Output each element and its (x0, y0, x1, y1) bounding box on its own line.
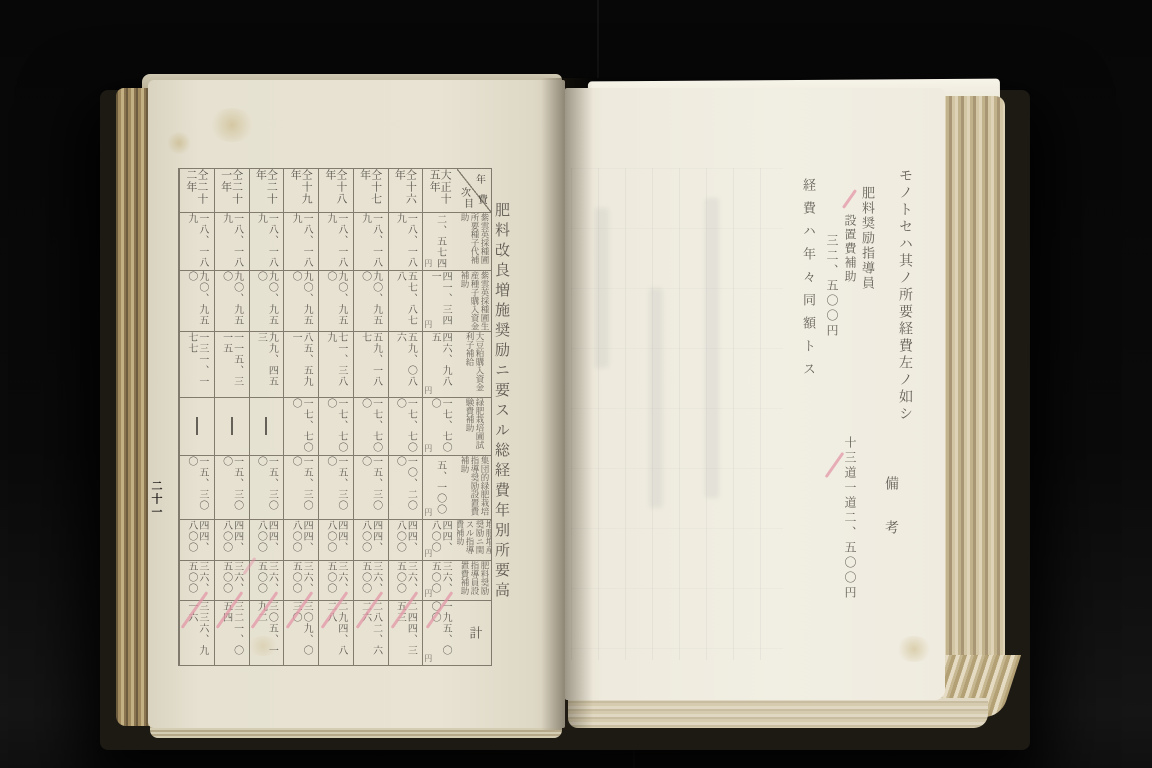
value-cell: 七一、三八九 (319, 332, 353, 398)
value-cell: 一〇、二〇〇 (389, 456, 423, 520)
handwritten-line-remarks: 十三道一道二、五〇〇円 (842, 436, 859, 601)
unit-yen: 円 (424, 507, 432, 518)
check-mark (842, 189, 857, 209)
value-cell: 四一、三四一円 (423, 271, 457, 333)
background-panel-seam (597, 0, 599, 78)
value-cell: 一八、一八九 (215, 213, 249, 271)
value-cell: 一八、一八九 (250, 213, 284, 271)
value-cell: 三六、五〇〇 (180, 561, 214, 601)
value-cell: 四四、八〇〇 (354, 520, 388, 562)
value-cell: 一五、三〇〇 (284, 456, 318, 520)
year-header-cell: 大正十五年 (423, 169, 457, 213)
value-cell: 五七、八七八 (389, 271, 423, 333)
unit-yen: 円 (424, 319, 432, 330)
value-cell: 一五、三〇〇 (180, 456, 214, 520)
year-header-cell: 仝十九年 (284, 169, 318, 213)
year-column: 仝十八年一八、一八九九〇、九五〇七一、三八九一七、七〇〇一五、三〇〇四四、八〇〇… (318, 169, 353, 665)
paper-stain (208, 108, 256, 142)
value-cell: 九九、四五三 (250, 332, 284, 398)
value-cell: 四四、八〇〇 (215, 520, 249, 562)
value-cell: 一一五、三一五 (215, 332, 249, 398)
value-cell: 四四、八〇〇 (319, 520, 353, 562)
unit-yen: 円 (424, 443, 432, 454)
left-page-stack-edge (116, 88, 152, 726)
value-cell: 一八、一八九 (319, 213, 353, 271)
expense-table: 年次費目紫雲英採種圃所要種子代補助紫雲英採種圃生産種子購入資金補助大豆粕購入資金… (178, 168, 492, 666)
page-number: 二十一 (148, 480, 164, 519)
paper-stain (895, 636, 933, 662)
bottom-page-stack-edge (568, 698, 988, 728)
value-cell (180, 398, 214, 456)
value-cell: 八五、五九一 (284, 332, 318, 398)
value-cell: 一七、七〇〇 (284, 398, 318, 456)
total-row-label: 計 (457, 601, 491, 665)
handwritten-line-remarks-label: 備考 (881, 476, 901, 564)
value-cell: 九〇、九五〇 (180, 271, 214, 333)
page-title: 肥料改良増施奨励ニ要スル総経費年別所要高 (492, 202, 513, 654)
value-cell (215, 398, 249, 456)
column-total-cell: 二九四、八二八 (319, 601, 353, 665)
unit-yen: 円 (424, 258, 432, 269)
year-header-cell: 仝二十年 (250, 169, 284, 213)
value-cell: 三六、五〇〇 (389, 561, 423, 601)
value-cell: 一五、三〇〇 (250, 456, 284, 520)
corner-label: 目 (464, 195, 474, 210)
empty-dash (196, 417, 198, 435)
empty-dash (265, 417, 267, 435)
value-cell: 九〇、九五〇 (250, 271, 284, 333)
year-column: 大正十五年二、五七四円四一、三四一円四六、九八五円一七、七〇〇円五、一〇〇円四四… (422, 169, 457, 665)
row-header-cell: 紫雲英採種圃生産種子購入資金補助 (457, 271, 491, 333)
handwritten-line-amount: 三二、五〇〇円 (824, 234, 841, 339)
handwritten-line-item: 肥料奨励指導員 (857, 186, 876, 291)
year-header-cell: 仝十七年 (354, 169, 388, 213)
photo-scene: 年次費目紫雲英採種圃所要種子代補助紫雲英採種圃生産種子購入資金補助大豆粕購入資金… (0, 0, 1152, 768)
bleed-through-text (705, 198, 719, 498)
year-column: 仝二十年一八、一八九九〇、九五〇九九、四五三一五、三〇〇四四、八〇〇三六、五〇〇… (249, 169, 284, 665)
right-page-stack-edge (943, 96, 1005, 706)
value-cell: 一八、一八九 (284, 213, 318, 271)
row-header-cell: 紫雲英採種圃所要種子代補助 (457, 213, 491, 271)
row-header-cell: 堆肥増産奨励ニ関スル指導費補助 (457, 520, 491, 562)
value-cell: 四四、八〇〇円 (423, 520, 457, 562)
empty-dash (231, 417, 233, 435)
value-cell: 五、一〇〇円 (423, 456, 457, 520)
year-column: 仝十七年一八、一八九九〇、九五〇五九、一八七一七、七〇〇一五、三〇〇四四、八〇〇… (353, 169, 388, 665)
value-cell: 二、五七四円 (423, 213, 457, 271)
value-cell: 一八、一八九 (354, 213, 388, 271)
unit-yen: 円 (424, 385, 432, 396)
value-cell: 四四、八〇〇 (250, 520, 284, 562)
table-header-column: 年次費目紫雲英採種圃所要種子代補助紫雲英採種圃生産種子購入資金補助大豆粕購入資金… (457, 169, 491, 665)
value-cell: 一五、三〇〇 (319, 456, 353, 520)
row-header-cell: 緑肥栽培圃試験費補助 (457, 398, 491, 456)
value-cell: 五九、〇八六 (389, 332, 423, 398)
value-cell: 三六、五〇〇 (284, 561, 318, 601)
year-header-cell: 仝十八年 (319, 169, 353, 213)
value-cell: 四四、八〇〇 (284, 520, 318, 562)
column-total-cell: 三〇九、〇三〇 (284, 601, 318, 665)
value-cell: 三六、五〇〇円 (423, 561, 457, 601)
value-cell: 四四、八〇〇 (180, 520, 214, 562)
value-cell: 一五、三〇〇 (354, 456, 388, 520)
year-column: 仝十六年一八、一八九五七、八七八五九、〇八六一七、七〇〇一〇、二〇〇四四、八〇〇… (388, 169, 423, 665)
value-cell: 九〇、九五〇 (215, 271, 249, 333)
value-cell: 四四、八〇〇 (389, 520, 423, 562)
unit-yen: 円 (424, 653, 432, 664)
right-page: モノトセハ其ノ所要経費左ノ如シ 肥料奨励指導員 設置費補助 三二、五〇〇円 経費… (565, 88, 945, 700)
value-cell: 三六、五〇〇 (215, 561, 249, 601)
year-column: 仝十九年一八、一八九九〇、九五〇八五、五九一一七、七〇〇一五、三〇〇四四、八〇〇… (283, 169, 318, 665)
value-cell: 四六、九八五円 (423, 332, 457, 398)
left-page: 年次費目紫雲英採種圃所要種子代補助紫雲英採種圃生産種子購入資金補助大豆粕購入資金… (148, 80, 565, 728)
value-cell: 一七、七〇〇 (389, 398, 423, 456)
row-header-cell: 肥料奨励指導員設置費補助 (457, 561, 491, 601)
value-cell: 九〇、九五〇 (319, 271, 353, 333)
column-total-cell: 三二一、〇五四 (215, 601, 249, 665)
value-cell: 一三一、一七七 (180, 332, 214, 398)
bleed-through-text (649, 288, 663, 508)
bleed-through-text (595, 208, 609, 368)
book-gutter-shadow (541, 78, 593, 730)
value-cell: 一七、七〇〇 (354, 398, 388, 456)
value-cell: 五九、一八七 (354, 332, 388, 398)
corner-label: 費 (478, 191, 488, 206)
year-column: 仝二十二年一八、一八九九〇、九五〇一三一、一七七一五、三〇〇四四、八〇〇三六、五… (179, 169, 214, 665)
paper-stain (166, 132, 192, 154)
value-cell: 一七、七〇〇 (319, 398, 353, 456)
corner-label: 年 (476, 171, 486, 186)
handwritten-line-item2: 設置費補助 (842, 214, 859, 284)
value-cell: 九〇、九五〇 (354, 271, 388, 333)
table-corner-cell: 年次費目 (457, 169, 491, 213)
value-cell: 三六、五〇〇 (319, 561, 353, 601)
value-cell: 一五、三〇〇 (215, 456, 249, 520)
year-header-cell: 仝二十二年 (180, 169, 214, 213)
year-column: 仝二十一年一八、一八九九〇、九五〇一一五、三一五一五、三〇〇四四、八〇〇三六、五… (214, 169, 249, 665)
value-cell: 一八、一八九 (389, 213, 423, 271)
value-cell: 一七、七〇〇円 (423, 398, 457, 456)
value-cell: 三六、五〇〇 (250, 561, 284, 601)
value-cell: 三六、五〇〇 (354, 561, 388, 601)
row-header-cell: 集団的緑肥栽培指導奨励設置費補助 (457, 456, 491, 520)
value-cell: 一八、一八九 (180, 213, 214, 271)
unit-yen: 円 (424, 588, 432, 599)
value-cell (250, 398, 284, 456)
handwritten-line-intro: モノトセハ其ノ所要経費左ノ如シ (895, 168, 915, 458)
value-cell: 九〇、九五〇 (284, 271, 318, 333)
column-total-cell: 三三六、九一六 (180, 601, 214, 665)
year-header-cell: 仝二十一年 (215, 169, 249, 213)
unit-yen: 円 (424, 548, 432, 559)
year-header-cell: 仝十六年 (389, 169, 423, 213)
handwritten-line-note: 経費ハ年々同額トス (798, 178, 817, 385)
column-total-cell: 三〇五、一九二 (250, 601, 284, 665)
row-header-cell: 大豆粕購入資金利子補給 (457, 332, 491, 398)
